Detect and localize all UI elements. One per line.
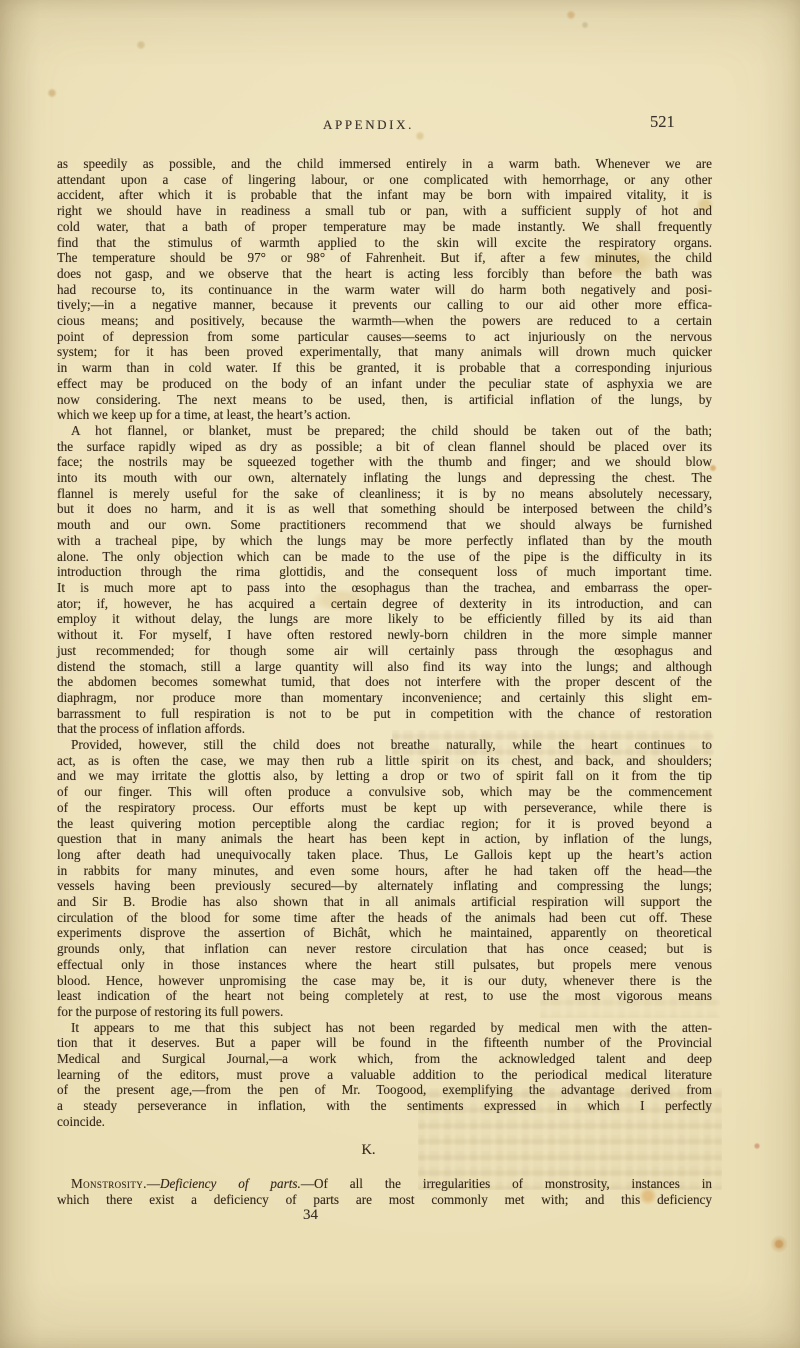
text-line: which we keep up for a time, at least, t…: [57, 407, 712, 423]
text-line: system; for it has been proved experimen…: [57, 344, 712, 360]
text-line: It is much more apt to pass into the œso…: [57, 580, 712, 596]
book-page: APPENDIX. 521 as speedily as possible, a…: [0, 0, 800, 1348]
paragraph: as speedily as possible, and the child i…: [57, 156, 712, 423]
text-line: tion that it deserves. But a paper will …: [57, 1035, 712, 1051]
text-line: accident, after which it is probable tha…: [57, 187, 712, 203]
text-line: The temperature should be 97° or 98° of …: [57, 250, 712, 266]
text-line: circulation of the blood for some time a…: [57, 910, 712, 926]
text-line: learning of the editors, must prove a va…: [57, 1067, 712, 1083]
text-line: introduction through the rima glottidis,…: [57, 564, 712, 580]
text-line: diaphragm, nor produce more than momenta…: [57, 690, 712, 706]
text-line: long after death had unequivocally taken…: [57, 847, 712, 863]
text-line: It appears to me that this subject has n…: [57, 1020, 712, 1036]
text-line: a steady perseverance in inflation, with…: [57, 1098, 712, 1114]
text-line: experiments disprove the assertion of Bi…: [57, 925, 712, 941]
text-line: the least quivering motion perceptible a…: [57, 816, 712, 832]
page-text: as speedily as possible, and the child i…: [57, 156, 712, 1208]
text-line: question that in many animals the heart …: [57, 831, 712, 847]
text-line: now considering. The next means to be us…: [57, 392, 712, 408]
entry-term: Monstrosity.: [71, 1176, 147, 1191]
text-line: flannel is merely useful for the sake of…: [57, 486, 712, 502]
text-line: had recourse to, its continuance in the …: [57, 282, 712, 298]
text-line: in rabbits for many minutes, and even so…: [57, 863, 712, 879]
text-line: of our finger. This will often produce a…: [57, 784, 712, 800]
text-line: employ it without delay, the lungs are m…: [57, 611, 712, 627]
entry-lead-text: —Of all the irregularities of monstrosit…: [301, 1176, 712, 1191]
text-line: the abdomen becomes somewhat tumid, that…: [57, 674, 712, 690]
text-line: Medical and Surgical Journal,—a work whi…: [57, 1051, 712, 1067]
text-line: blood. Hence, however unpromising the ca…: [57, 973, 712, 989]
text-line: attendant upon a case of lingering labou…: [57, 172, 712, 188]
text-line: of the present age,—from the pen of Mr. …: [57, 1082, 712, 1098]
dictionary-entry-continuation: which there exist a deficiency of parts …: [57, 1192, 712, 1208]
text-line: of the respiratory process. Our efforts …: [57, 800, 712, 816]
text-line: for the purpose of restoring its full po…: [57, 1004, 712, 1020]
text-line: find that the stimulus of warmth applied…: [57, 235, 712, 251]
text-line: just recommended; for though some air wi…: [57, 643, 712, 659]
text-line: that the process of inflation affords.: [57, 721, 712, 737]
text-line: tively;—in a negative manner, because it…: [57, 297, 712, 313]
text-line: into its mouth with our own, alternately…: [57, 470, 712, 486]
text-line: and Sir B. Brodie has also shown that in…: [57, 894, 712, 910]
text-line: face; the nostrils may be squeezed toget…: [57, 454, 712, 470]
section-letter-heading: K.: [41, 1143, 696, 1159]
text-line: ator; if, however, he has acquired a cer…: [57, 596, 712, 612]
text-line: as speedily as possible, and the child i…: [57, 156, 712, 172]
text-line: barrassment to full respiration is not t…: [57, 706, 712, 722]
text-line: right we should have in readiness a smal…: [57, 203, 712, 219]
running-head: APPENDIX.: [323, 117, 414, 133]
text-line: and we may irritate the glottis also, by…: [57, 768, 712, 784]
text-line: the surface rapidly wiped as dry as poss…: [57, 439, 712, 455]
text-line: Provided, however, still the child does …: [57, 737, 712, 753]
text-line: alone. The only objection which can be m…: [57, 549, 712, 565]
dictionary-entry: Monstrosity.—Deficiency of parts.—Of all…: [57, 1176, 712, 1207]
text-line: but it does no harm, and it is as well t…: [57, 501, 712, 517]
text-line: cold water, that a bath of proper temper…: [57, 219, 712, 235]
text-line: cious means; and positively, because the…: [57, 313, 712, 329]
body-paragraphs: as speedily as possible, and the child i…: [57, 156, 712, 1130]
text-line: effect may be produced on the body of an…: [57, 376, 712, 392]
text-line: effectual only in those instances where …: [57, 957, 712, 973]
text-line: without it. For myself, I have often res…: [57, 627, 712, 643]
text-line: coincide.: [57, 1114, 712, 1130]
text-line: with a tracheal pipe, by which the lungs…: [57, 533, 712, 549]
text-line: distend the stomach, still a large quant…: [57, 659, 712, 675]
entry-subtitle: Deficiency of parts.: [160, 1176, 301, 1191]
text-line: point of depression from some particular…: [57, 329, 712, 345]
text-line: in warm than in cold water. If this be g…: [57, 360, 712, 376]
dictionary-entry-line: Monstrosity.—Deficiency of parts.—Of all…: [57, 1176, 712, 1192]
paragraph: A hot flannel, or blanket, must be prepa…: [57, 423, 712, 737]
text-line: A hot flannel, or blanket, must be prepa…: [57, 423, 712, 439]
text-line: act, as is often the case, we may then r…: [57, 753, 712, 769]
paragraph: It appears to me that this subject has n…: [57, 1020, 712, 1130]
page-number: 521: [650, 112, 675, 132]
paragraph: Provided, however, still the child does …: [57, 737, 712, 1020]
text-line: vessels having been previously secured—b…: [57, 878, 712, 894]
signature-mark: 34: [303, 1207, 318, 1224]
text-line: mouth and our own. Some practitioners re…: [57, 517, 712, 533]
text-line: does not gasp, and we observe that the h…: [57, 266, 712, 282]
text-line: grounds only, that inflation can never r…: [57, 941, 712, 957]
entry-dash: —: [147, 1176, 160, 1191]
text-line: least indication of the heart not being …: [57, 988, 712, 1004]
